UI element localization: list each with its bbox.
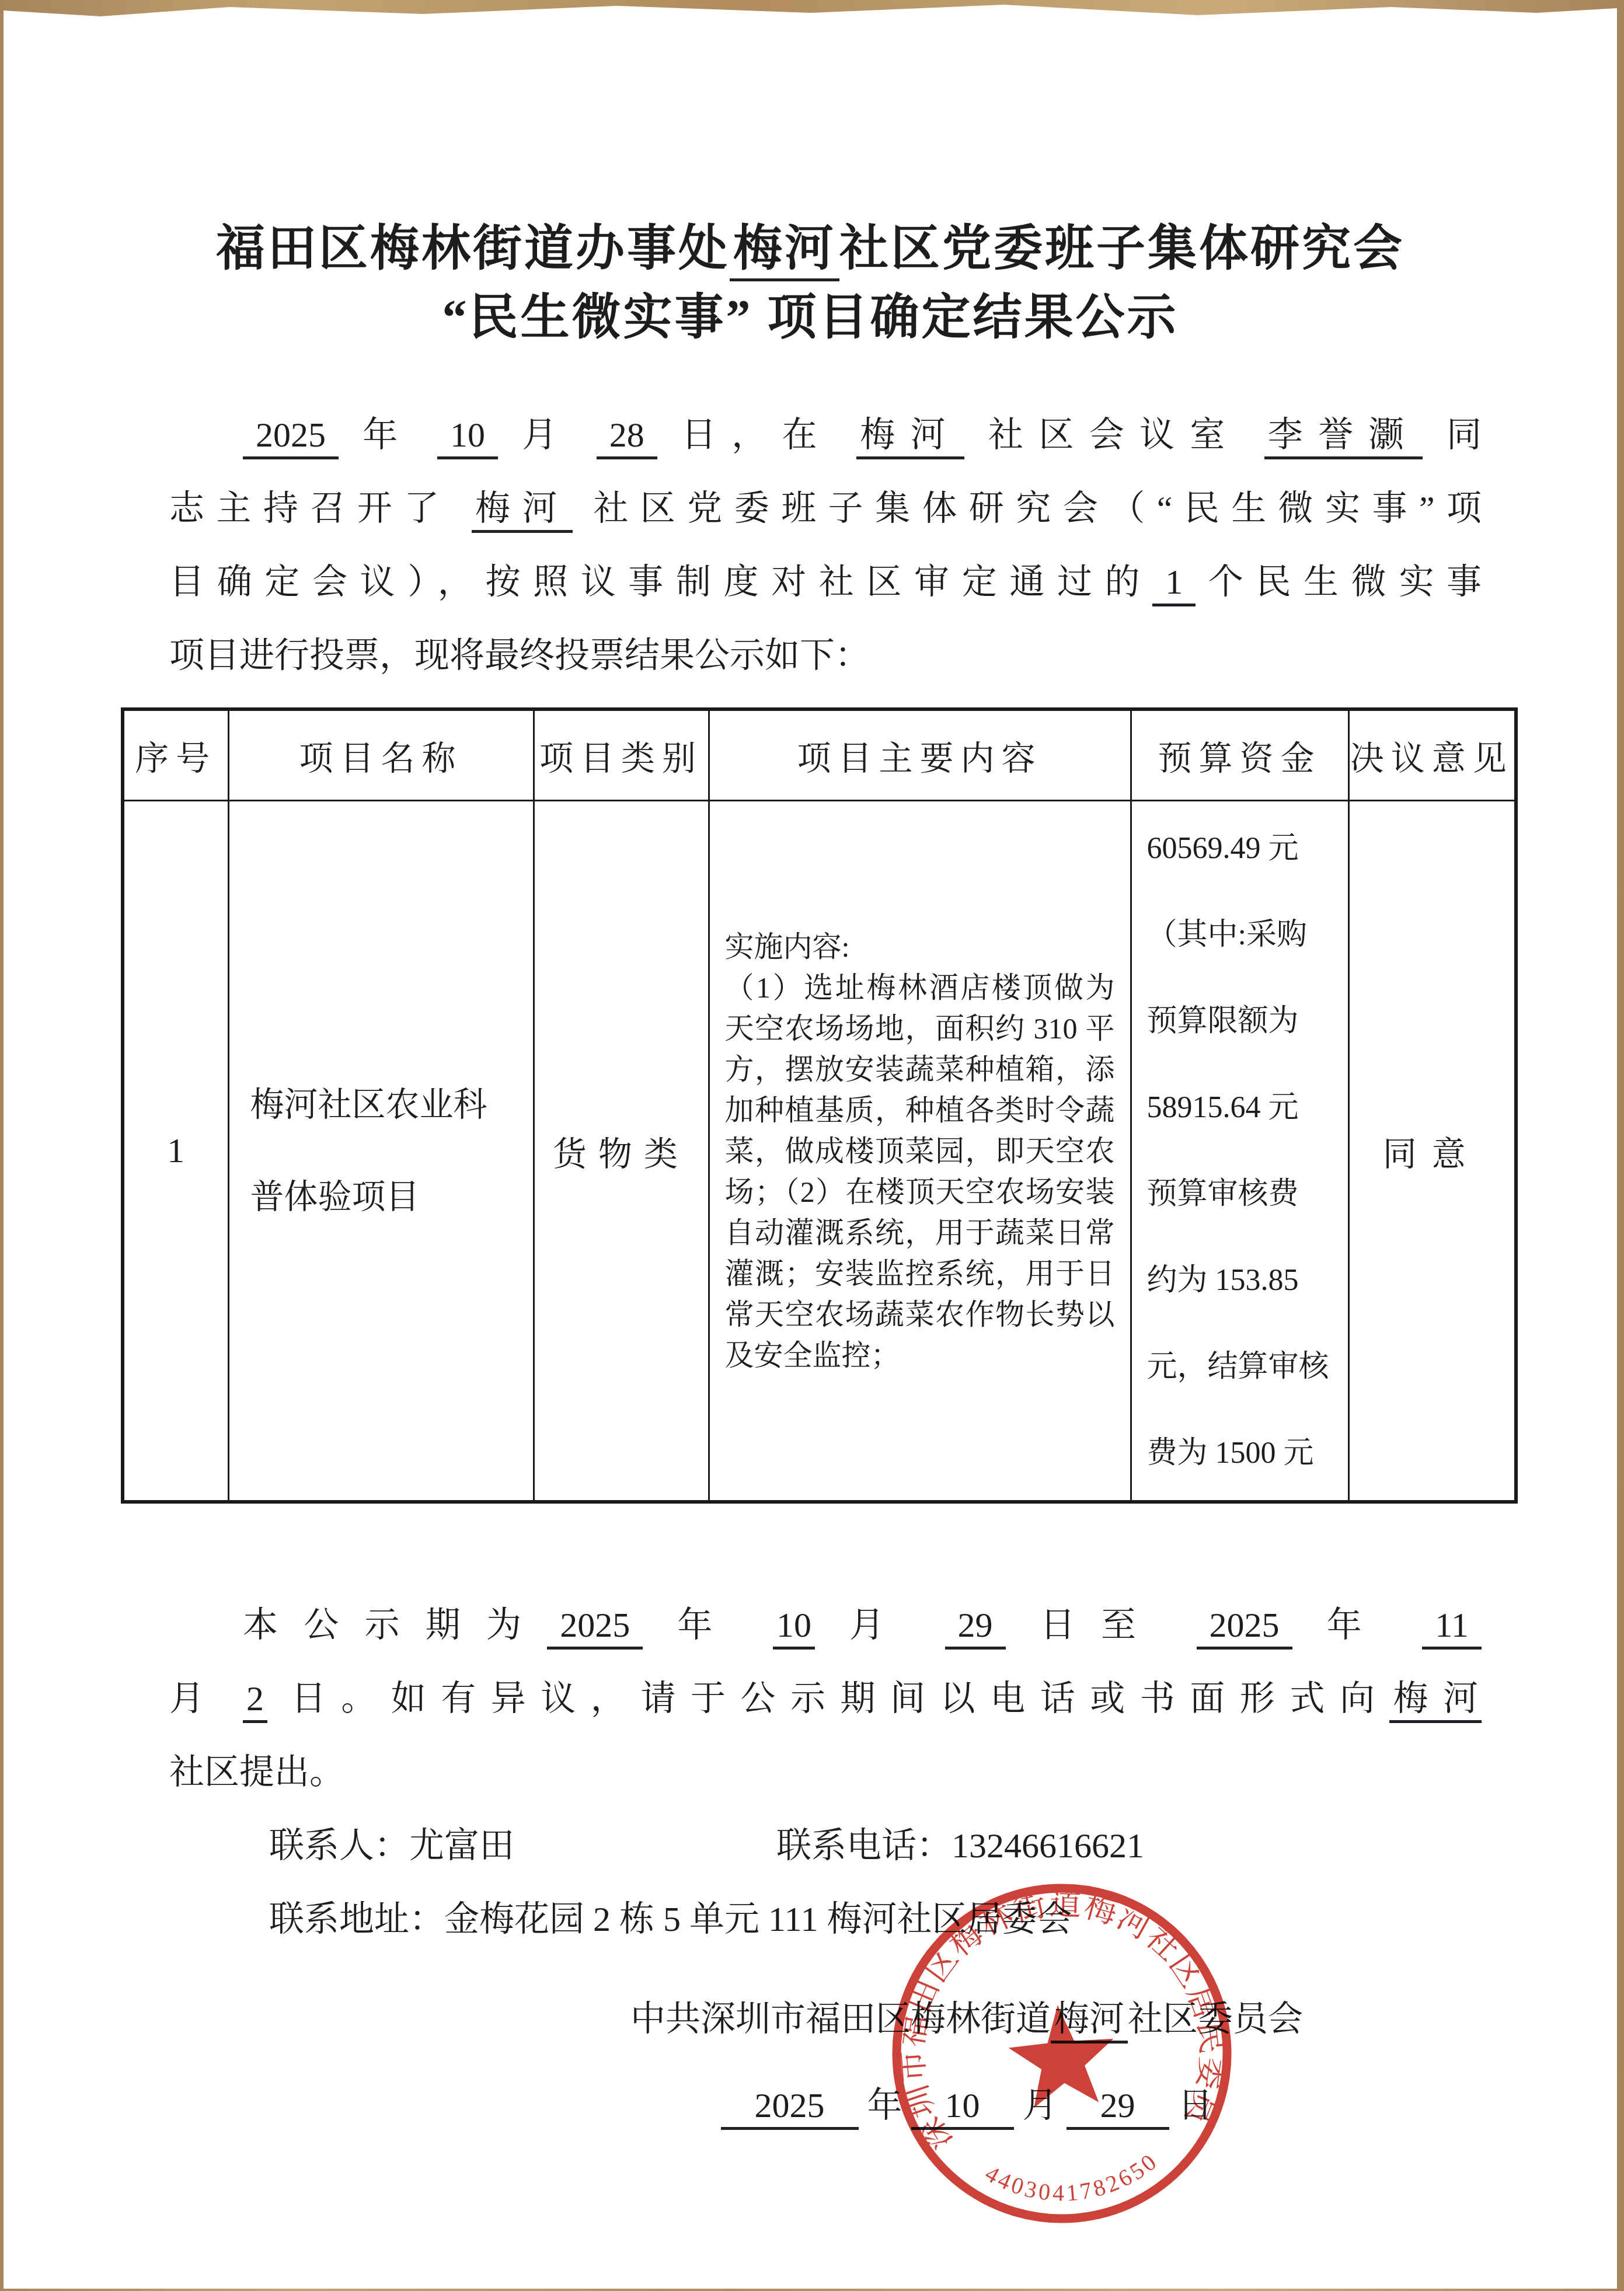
closing-paragraph: 本公示期为2025 年 10 月 29 日至 2025 年 11 月 2 日。如… — [169, 1588, 1482, 1956]
closing-line-1: 本公示期为2025 年 10 月 29 日至 2025 年 11 — [169, 1588, 1482, 1662]
contact-address: 联系地址：金梅花园 2 栋 5 单元 111 梅河社区居委会 — [169, 1882, 1482, 1956]
cell-budget: 60569.49 元 （其中:采购 预算限额为 58915.64 元 预算审核费… — [1131, 801, 1348, 1502]
closing-line-2: 月 2 日。如有异议，请于公示期间以电话或书面形式向梅河 — [169, 1662, 1482, 1735]
header-main-content: 项目主要内容 — [709, 709, 1131, 801]
contact-person: 联系人：尤富田 — [269, 1809, 768, 1882]
contact-line: 联系人：尤富田 联系电话：13246616621 — [169, 1809, 1482, 1882]
intro-paragraph: 2025 年 10 月 28 日，在 梅河 社区会议室 李誉灏 同 志主持召开了… — [169, 398, 1482, 692]
header-decision: 决议意见 — [1348, 709, 1516, 801]
cell-project-name: 梅河社区农业科 普体验项目 — [228, 801, 534, 1502]
intro-line-1: 2025 年 10 月 28 日，在 梅河 社区会议室 李誉灏 同 — [169, 398, 1482, 472]
title-line-2: “民生微实事” 项目确定结果公示 — [4, 284, 1617, 353]
cell-index: 1 — [123, 801, 228, 1502]
header-index: 序号 — [123, 709, 228, 801]
cell-main-content: 实施内容: （1）选址梅林酒店楼顶做为天空农场场地，面积约 310 平方，摆放安… — [709, 801, 1131, 1502]
cell-category: 货物类 — [534, 801, 709, 1502]
header-category: 项目类别 — [534, 709, 709, 801]
projects-table: 序号 项目名称 项目类别 项目主要内容 预算资金 决议意见 1 梅河社区农业科 … — [121, 707, 1518, 1504]
seal-star-icon — [1005, 2000, 1119, 2109]
closing-line-3: 社区提出。 — [169, 1735, 1482, 1809]
intro-line-3: 目确定会议），按照议事制度对社区审定通过的1个民生微实事 — [169, 545, 1482, 619]
header-project-name: 项目名称 — [228, 709, 534, 801]
intro-line-2: 志主持召开了 梅河 社区党委班子集体研究会（“民生微实事”项 — [169, 472, 1482, 545]
scanned-notice: { "colors":{"ink":"#1d1d20","paper":"#ff… — [0, 0, 1624, 2291]
header-budget: 预算资金 — [1131, 709, 1348, 801]
title-line-1: 福田区梅林街道办事处梅河社区党委班子集体研究会 — [4, 215, 1617, 284]
document-page: 福田区梅林街道办事处梅河社区党委班子集体研究会 “民生微实事” 项目确定结果公示… — [4, 0, 1617, 2289]
document-title: 福田区梅林街道办事处梅河社区党委班子集体研究会 “民生微实事” 项目确定结果公示 — [4, 215, 1617, 353]
official-seal: 深圳市福田区梅林街道梅河社区居民委员会 4403041782650 — [872, 1864, 1252, 2243]
table-header-row: 序号 项目名称 项目类别 项目主要内容 预算资金 决议意见 — [123, 709, 1516, 801]
contact-phone: 联系电话：13246616621 — [776, 1826, 1144, 1865]
table-row: 1 梅河社区农业科 普体验项目 货物类 实施内容: （1）选址梅林酒店楼顶做为天… — [123, 801, 1516, 1502]
cell-decision: 同意 — [1348, 801, 1516, 1502]
intro-line-4: 项目进行投票，现将最终投票结果公示如下： — [169, 619, 1482, 692]
